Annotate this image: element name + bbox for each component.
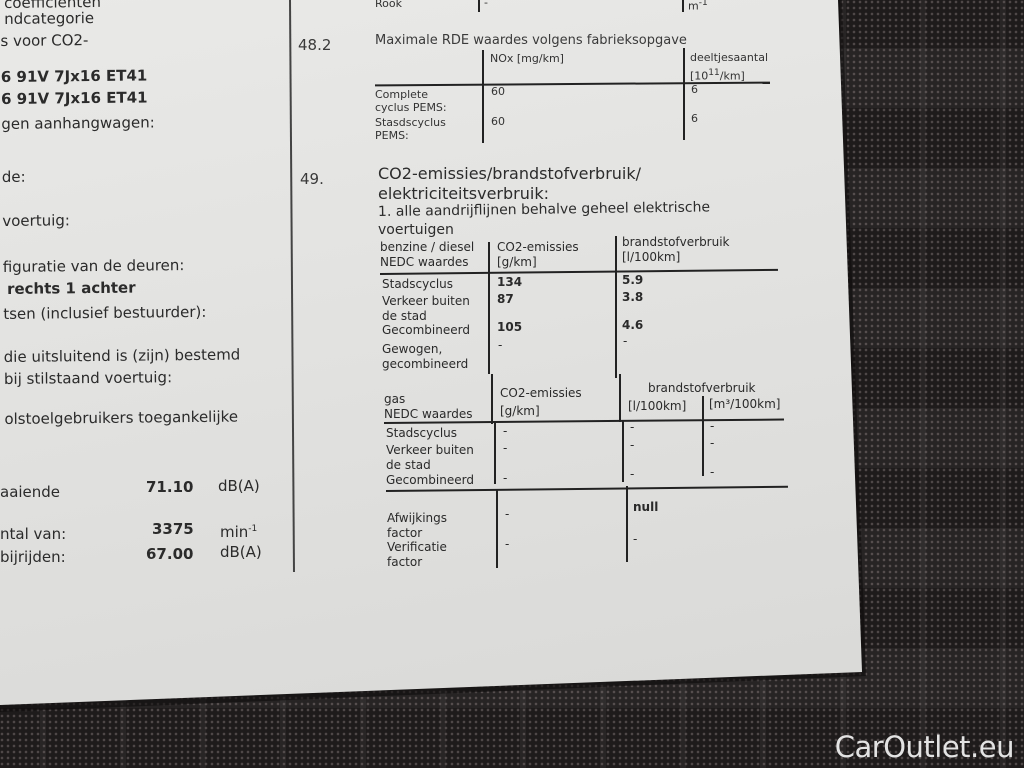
fuel-m3-value: -: [710, 419, 714, 434]
table-line: [482, 50, 484, 143]
table-header-fuel-type: benzine / dieselNEDC waardes: [380, 240, 474, 270]
rde-nox-value: 60: [491, 115, 505, 128]
table-header-consumption: brandstofverbruik[l/100km]: [622, 235, 730, 265]
table-line: [622, 420, 624, 482]
section-number: 48.2: [298, 36, 331, 54]
smoke-label: Rook: [375, 0, 402, 10]
watermark-logo: CarOutlet.eu: [835, 730, 1014, 764]
fuel-m3-value: -: [710, 465, 714, 480]
fuel-factor-value: -: [633, 532, 637, 547]
row-label: Gecombineerd: [382, 323, 470, 338]
fuel-value: -: [623, 334, 627, 349]
co2-value: -: [503, 424, 507, 439]
left-line: tsen (inclusief bestuurder):: [3, 303, 206, 323]
sound-value: 3375: [152, 520, 194, 538]
rde-particles-value: 6: [691, 83, 698, 96]
fuel-factor-value: null: [633, 500, 658, 515]
table-line: [702, 396, 704, 476]
left-line: die uitsluitend is (zijn) bestemd: [4, 346, 241, 366]
sound-label: aaiende: [0, 483, 60, 501]
table-line: [491, 374, 493, 424]
fuel-value: 4.6: [622, 318, 643, 333]
table-line: [626, 486, 628, 562]
row-label: Verkeer buitende stad: [386, 443, 474, 473]
sound-label: ntal van:: [0, 525, 66, 543]
co2-value: -: [503, 471, 507, 486]
row-label: Verkeer buitende stad: [382, 294, 470, 324]
left-line: de:: [2, 168, 26, 186]
co2-factor-value: -: [505, 507, 509, 522]
table-line: [494, 422, 496, 484]
sound-unit-text: min: [220, 523, 248, 541]
left-line: figuratie van de deuren:: [3, 256, 185, 276]
table-line: [619, 374, 621, 422]
row-label: Stadscyclus: [382, 277, 453, 292]
row-label: Stadscyclus: [386, 426, 457, 441]
left-line: s voor CO2-: [0, 31, 88, 50]
sound-unit: dB(A): [218, 477, 260, 495]
co2-value: 134: [497, 275, 522, 290]
left-line-doors: rechts 1 achter: [7, 279, 136, 298]
co2-factor-value: -: [505, 537, 509, 552]
co2-value: 105: [497, 320, 522, 335]
smoke-value: -: [484, 0, 488, 9]
sound-value: 67.00: [146, 545, 193, 563]
fuel-m3-value: -: [710, 436, 714, 451]
section-title: Maximale RDE waardes volgens fabrieksopg…: [375, 33, 687, 48]
table-line: [682, 0, 684, 12]
table-line: [683, 48, 685, 140]
sound-unit-sup: -1: [248, 524, 257, 534]
section-title-line2: elektriciteitsverbruik:: [378, 184, 549, 203]
table-line: [478, 0, 480, 12]
section-number: 49.: [300, 170, 324, 188]
row-label: Verificatiefactor: [387, 540, 447, 570]
rde-nox-value: 60: [491, 85, 505, 98]
table-header-consumption-m3: [m³/100km]: [709, 397, 780, 412]
section-title-line1: CO2-emissies/brandstofverbruik/: [378, 164, 641, 183]
rde-row-label: Completecyclus PEMS:: [375, 88, 447, 114]
sound-value: 71.10: [146, 478, 193, 496]
table-header-co2: CO2-emissies[g/km]: [500, 386, 582, 419]
fuel-value: 5.9: [622, 273, 643, 288]
fuel-l-value: -: [630, 420, 634, 435]
left-line-tyre-1: 6 91V 7Jx16 ET41: [1, 66, 148, 86]
table-header-co2: CO2-emissies[g/km]: [497, 240, 579, 270]
left-line-tyre-2: 6 91V 7Jx16 ET41: [1, 88, 148, 108]
rde-header-particles-unit: [1011/km]: [690, 67, 745, 83]
left-line: bij stilstaand voertuig:: [4, 368, 172, 388]
sound-unit: min-1: [220, 523, 257, 541]
co2-value: -: [503, 441, 507, 456]
smoke-unit: m-1: [688, 0, 708, 13]
table-line: [615, 236, 617, 378]
sound-label: bijrijden:: [0, 548, 66, 566]
row-label: Gewogen,gecombineerd: [382, 342, 468, 372]
table-line: [488, 242, 490, 374]
table-header-consumption-l: [l/100km]: [628, 399, 686, 414]
table-header-consumption-group: brandstofverbruik: [648, 381, 756, 396]
table-line: [496, 490, 498, 568]
section-subtitle-line2: voertuigen: [378, 222, 454, 238]
row-label: Gecombineerd: [386, 473, 474, 488]
table-header-fuel-type: gasNEDC waardes: [384, 392, 473, 422]
co2-value: 87: [497, 292, 514, 307]
rde-row-label: StasdscyclusPEMS:: [375, 116, 446, 142]
fuel-l-value: -: [630, 438, 634, 453]
fuel-value: 3.8: [622, 290, 643, 305]
rde-header-nox: NOx [mg/km]: [490, 52, 564, 65]
left-line: olstoelgebruikers toegankelijke: [4, 408, 238, 428]
rde-particles-value: 6: [691, 112, 698, 125]
left-line: gen aanhangwagen:: [1, 113, 155, 133]
co2-value: -: [498, 338, 502, 353]
fuel-l-value: -: [630, 467, 634, 482]
row-label: Afwijkingsfactor: [387, 511, 447, 541]
left-line: ndcategorie: [4, 9, 94, 28]
left-line: voertuig:: [2, 211, 70, 230]
rde-header-particles: deeltjesaantal: [690, 51, 768, 64]
sound-unit: dB(A): [220, 543, 262, 561]
